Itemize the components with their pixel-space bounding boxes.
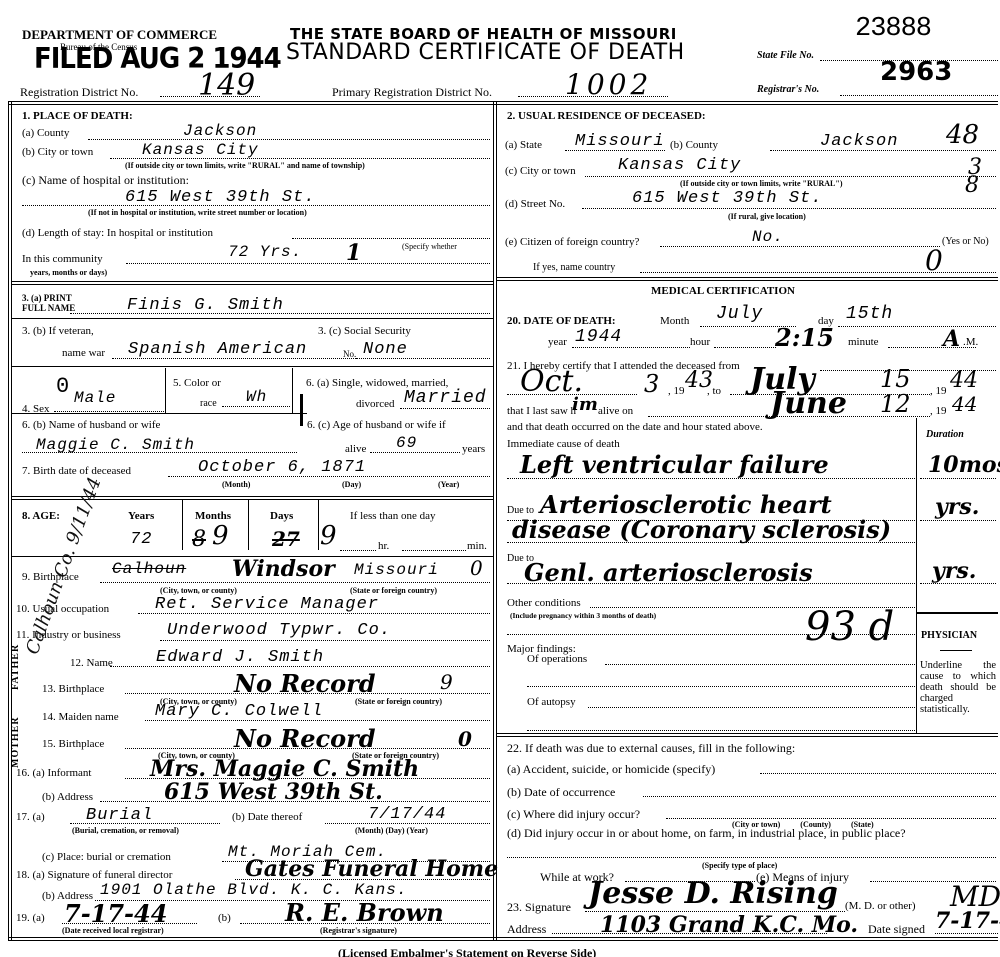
birthplace-city-note: (City, town, or county): [160, 586, 237, 595]
registrar-no-field[interactable]: [840, 95, 998, 96]
death-occurred-text: and that death occurred on the date and …: [507, 421, 763, 433]
name-label-1: 3. (a) PRINT: [22, 293, 72, 303]
community-label: In this community: [22, 253, 103, 265]
other-conditions-label: Other conditions: [507, 597, 581, 609]
external-d-field[interactable]: [507, 857, 996, 858]
registrar-number: 2963: [880, 57, 952, 87]
informant-address-label: (b) Address: [42, 791, 93, 803]
day-note: (Day): [342, 480, 361, 489]
mother-birthplace-value: No Record: [234, 724, 376, 753]
physician-label: PHYSICIAN: [921, 630, 977, 641]
footer-note: (Licensed Embalmer's Statement on Revers…: [338, 946, 596, 957]
month-note: (Month): [222, 480, 250, 489]
informant-label: 16. (a) Informant: [16, 767, 91, 779]
underline-note: Underline the cause to which death shoul…: [920, 660, 996, 715]
lastsaw-year-value: 44: [952, 392, 977, 416]
ampm-value: A: [943, 326, 960, 352]
from-day-value: 3: [644, 370, 659, 398]
cell-divider: [165, 368, 166, 413]
state-file-label: State File No.: [757, 50, 814, 61]
due-to-1-value-2: disease (Coronary sclerosis): [512, 515, 891, 544]
spouse-age-field[interactable]: [370, 452, 460, 453]
certifier-address-label: Address: [507, 922, 546, 937]
external-c-label: (c) Where did injury occur?: [507, 807, 640, 822]
mother-name-label: 14. Maiden name: [42, 711, 119, 723]
death-month-value: July: [716, 304, 763, 324]
cell-divider: [182, 500, 183, 550]
registration-district-value: 149: [198, 68, 255, 103]
funeral-signature-label: 18. (a) Signature of funeral director: [16, 869, 172, 881]
age-days-struck: 27: [272, 527, 300, 551]
minute-label: minute: [848, 336, 879, 348]
city-label: (b) City or town: [22, 146, 93, 158]
immediate-duration-value: 10mos: [928, 452, 1000, 478]
race-field[interactable]: [222, 406, 290, 407]
mother-code: 0: [458, 727, 472, 751]
registrar-signature-value: R. E. Brown: [285, 898, 444, 927]
to-label: , to: [707, 385, 721, 397]
father-name-label: 12. Name: [70, 657, 113, 669]
death-day-field[interactable]: [838, 326, 996, 327]
citizen-field[interactable]: [660, 246, 940, 247]
age-years-value: 72: [130, 530, 152, 549]
father-birthplace-value: No Record: [234, 669, 376, 698]
age-days-value: 9: [320, 521, 337, 551]
burial-type-label: 17. (a): [16, 811, 45, 823]
citizen-value: No.: [752, 228, 784, 246]
physician-column-divider: [916, 612, 917, 734]
registration-district-label: Registration District No.: [20, 85, 138, 100]
father-state-note: (State or foreign country): [355, 697, 442, 706]
age-hr-field[interactable]: [340, 550, 376, 551]
certifier-signature-value: Jesse D. Rising: [588, 876, 838, 911]
industry-value: Underwood Typwr. Co.: [167, 621, 391, 640]
citizen-note: (Yes or No): [942, 236, 989, 247]
stay-specify-note: (Specify whether: [402, 242, 457, 251]
lastsaw-day-value: 12: [880, 390, 911, 418]
father-side-label: FATHER: [10, 644, 21, 690]
divider: [497, 277, 998, 281]
lastsaw-label: that I last saw h: [507, 405, 576, 417]
war-value: Spanish American: [128, 340, 307, 359]
operations-field[interactable]: [605, 664, 915, 665]
due-to-1-duration: yrs.: [935, 494, 979, 520]
country-label: If yes, name country: [533, 262, 615, 273]
color-label: 5. Color or: [173, 377, 221, 389]
certifier-title-label: (M. D. or other): [845, 900, 916, 912]
divider: [12, 413, 307, 414]
hospital-label: (c) Name of hospital or institution:: [22, 173, 189, 188]
race-label: race: [200, 398, 217, 409]
sex-value: Male: [74, 389, 116, 407]
lastsaw-year-prefix: , 19: [930, 405, 947, 417]
funeral-address-value: 1901 Olathe Blvd. K. C. Kans.: [100, 881, 407, 899]
frame-left: [8, 101, 12, 941]
birth-date-label: 7. Birth date of deceased: [22, 465, 131, 477]
birthplace-state-note: (State or foreign country): [350, 586, 437, 595]
res-county-label: (b) County: [670, 139, 718, 151]
father-code: 9: [440, 670, 453, 694]
cell-divider: [248, 500, 249, 550]
frame-center: [493, 101, 497, 941]
death-year-field[interactable]: [572, 347, 690, 348]
min-label: min.: [467, 540, 487, 552]
hour-label: hour: [690, 336, 710, 348]
external-heading: 22. If death was due to external causes,…: [507, 741, 795, 756]
age-months-value: 9: [212, 521, 229, 551]
birthplace-state: Missouri: [354, 561, 439, 579]
birthplace-code: 0: [470, 556, 483, 580]
informant-address-value: 615 West 39th St.: [164, 779, 383, 805]
divider: [12, 281, 493, 285]
external-d-label: (d) Did injury occur in or about home, o…: [507, 826, 906, 841]
burial-place-label: (c) Place: burial or cremation: [42, 851, 171, 863]
operations-field-2[interactable]: [527, 686, 915, 687]
city-note: (If outside city or town limits, write "…: [125, 161, 365, 170]
death-year-label: year: [548, 336, 567, 348]
death-city-value: Kansas City: [142, 141, 259, 159]
cell-divider: [318, 500, 319, 550]
sex-field[interactable]: [54, 411, 164, 412]
marital-field[interactable]: [400, 408, 490, 409]
father-name-value: Edward J. Smith: [156, 648, 324, 667]
age-less-label: If less than one day: [350, 510, 436, 522]
external-c-field[interactable]: [666, 818, 996, 819]
divider: [916, 612, 998, 614]
occupation-value: Ret. Service Manager: [155, 595, 379, 614]
birth-date-value: October 6, 1871: [198, 458, 366, 477]
community-value: 72 Yrs.: [228, 243, 302, 261]
alive-on-label: alive on: [598, 405, 633, 417]
immediate-cause-value: Left ventricular failure: [520, 450, 829, 479]
spouse-age-label: 6. (c) Age of husband or wife if: [307, 419, 446, 431]
birthplace-field[interactable]: [100, 582, 490, 583]
death-month-label: Month: [660, 315, 689, 327]
county-label: (a) County: [22, 127, 69, 139]
external-d-note: (Specify type of place): [702, 861, 777, 870]
years-label: years: [462, 443, 485, 455]
stay-hospital-field[interactable]: [292, 238, 490, 239]
citizen-label: (e) Citizen of foreign country?: [505, 236, 639, 248]
burial-date-label: (b) Date thereof: [232, 811, 302, 823]
age-min-field[interactable]: [402, 550, 466, 551]
stay-label: (d) Length of stay: In hospital or insti…: [22, 227, 213, 239]
res-street-note: (If rural, give location): [728, 212, 806, 221]
place-of-death-heading: 1. PLACE OF DEATH:: [22, 110, 133, 122]
spouse-label: 6. (b) Name of husband or wife: [22, 419, 160, 431]
death-county-value: Jackson: [183, 122, 257, 140]
race-value: Wh: [246, 388, 267, 406]
registration-district-line: [160, 96, 260, 97]
death-year-value: 1944: [575, 327, 622, 347]
hour-value: 2:15: [775, 323, 834, 352]
res-state-value: Missouri: [575, 132, 665, 151]
primary-district-label: Primary Registration District No.: [332, 85, 492, 100]
autopsy-field-2[interactable]: [527, 730, 915, 731]
death-county-field[interactable]: [88, 139, 490, 140]
certifier-address-value: 1103 Grand K.C. Mo.: [600, 912, 858, 938]
res-county-value: Jackson: [820, 132, 898, 151]
ss-no-label: No.: [343, 349, 356, 359]
burial-type-note: (Burial, cremation, or removal): [72, 826, 179, 835]
operations-label: Of operations: [527, 653, 587, 665]
res-state-label: (a) State: [505, 139, 542, 151]
burial-date-note: (Month) (Day) (Year): [355, 826, 428, 835]
department-label: DEPARTMENT OF COMMERCE: [22, 27, 217, 43]
res-street-field[interactable]: [582, 208, 996, 209]
primary-district-line: [518, 96, 668, 97]
spouse-age-value: 69: [396, 434, 417, 452]
mother-birthplace-label: 15. Birthplace: [42, 738, 104, 750]
spouse-value: Maggie C. Smith: [36, 436, 195, 454]
birthplace-city: Windsor: [232, 556, 335, 582]
death-day-value: 15th: [846, 304, 893, 324]
burial-type-value: Burial: [86, 806, 153, 825]
certifier-date-label: Date signed: [868, 922, 925, 937]
divider: [497, 733, 998, 737]
registrar-no-label: Registrar's No.: [757, 84, 819, 95]
country-code: 0: [925, 244, 943, 277]
res-street-code: 8: [965, 173, 979, 198]
certificate-title: STANDARD CERTIFICATE OF DEATH: [286, 40, 685, 65]
cell-divider: [292, 368, 293, 413]
age-days-label: Days: [270, 510, 293, 522]
duration-column-divider: [916, 418, 917, 630]
res-street-label: (d) Street No.: [505, 198, 565, 210]
res-county-code: 48: [946, 120, 979, 150]
industry-field[interactable]: [160, 640, 490, 641]
community-note: years, months or days): [30, 268, 107, 277]
res-city-value: Kansas City: [618, 156, 741, 175]
frame-top: [8, 101, 998, 105]
divider: [12, 366, 493, 367]
divider: [940, 650, 972, 651]
ampm-suffix: .M.: [963, 336, 978, 348]
birthplace-struck: Calhoun: [112, 560, 186, 578]
to-year-value: 44: [950, 368, 978, 393]
name-label-2: FULL NAME: [22, 303, 75, 313]
to-day-value: 15: [880, 365, 911, 393]
funeral-signature-value: Gates Funeral Home: [245, 856, 498, 882]
due-to-2-value: Genl. arteriosclerosis: [524, 558, 813, 587]
immediate-cause-label: Immediate cause of death: [507, 438, 620, 450]
divider: [12, 318, 493, 319]
stay-community-field[interactable]: [126, 263, 490, 264]
alive-label: alive: [345, 443, 366, 455]
residence-heading: 2. USUAL RESIDENCE OF DECEASED:: [507, 110, 706, 122]
hospital-value: 615 West 39th St.: [125, 188, 315, 207]
veteran-label: 3. (b) If veteran,: [22, 325, 94, 337]
due-to-1-duration-field[interactable]: [920, 520, 996, 521]
lastsaw-month-value: June: [770, 386, 847, 421]
marital-value: Married: [404, 388, 487, 408]
medical-heading: MEDICAL CERTIFICATION: [651, 285, 795, 297]
due-to-2-duration: yrs.: [932, 558, 976, 584]
from-year-prefix: , 19: [668, 385, 685, 397]
community-mark: 1: [346, 240, 361, 266]
age-years-label: Years: [128, 510, 154, 522]
external-a-label: (a) Accident, suicide, or homicide (spec…: [507, 762, 715, 777]
stamp-number: 23888: [855, 14, 931, 44]
ss-label: 3. (c) Social Security: [318, 325, 411, 337]
registrar-date-note: (Date received local registrar): [62, 926, 164, 935]
mother-side-label: MOTHER: [10, 716, 21, 768]
res-city-note: (If outside city or town limits, write "…: [680, 179, 843, 188]
other-conditions-note: (Include pregnancy within 3 months of de…: [510, 611, 656, 620]
age-label: 8. AGE:: [22, 510, 60, 522]
autopsy-field[interactable]: [588, 707, 915, 708]
registrar-signature-label: (b): [218, 912, 231, 924]
registrar-date-value: 7-17-44: [64, 899, 167, 928]
autopsy-label: Of autopsy: [527, 696, 576, 708]
war-label: name war: [62, 347, 105, 359]
death-date-label: 20. DATE OF DEATH:: [507, 315, 616, 327]
external-b-field[interactable]: [643, 796, 996, 797]
occupation-label: 10. Usual occupation: [16, 603, 109, 615]
duration-label: Duration: [926, 429, 964, 440]
registrar-signature-note: (Registrar's signature): [320, 926, 397, 935]
certifier-date-value: 7-17-44: [935, 908, 1000, 934]
lastsaw-pronoun: im: [572, 394, 598, 415]
registrar-date-label: 19. (a): [16, 912, 45, 924]
mother-name-value: Mary C. Colwell: [155, 702, 323, 721]
age-months-struck: 8: [192, 527, 206, 552]
ss-value: None: [363, 340, 408, 359]
classification-code: 93 d: [805, 604, 894, 650]
year-note: (Year): [438, 480, 459, 489]
hr-label: hr.: [378, 540, 389, 552]
to-year-prefix: , 19: [930, 385, 947, 397]
res-city-label: (c) City or town: [505, 165, 576, 177]
immediate-duration-field[interactable]: [920, 478, 996, 479]
divorced-label: divorced: [356, 398, 394, 410]
res-street-value: 615 West 39th St.: [632, 189, 822, 208]
certifier-signature-label: 23. Signature: [507, 900, 571, 915]
margin-mark: [300, 394, 303, 426]
full-name-value: Finis G. Smith: [127, 296, 284, 315]
external-a-field[interactable]: [760, 773, 996, 774]
sex-code: 0: [56, 374, 70, 399]
father-birthplace-label: 13. Birthplace: [42, 683, 104, 695]
hour-field[interactable]: [714, 347, 776, 348]
burial-date-value: 7/17/44: [368, 805, 446, 824]
external-b-label: (b) Date of occurrence: [507, 785, 615, 800]
hospital-note: (If not in hospital or institution, writ…: [88, 208, 307, 217]
res-city-field[interactable]: [585, 176, 996, 177]
